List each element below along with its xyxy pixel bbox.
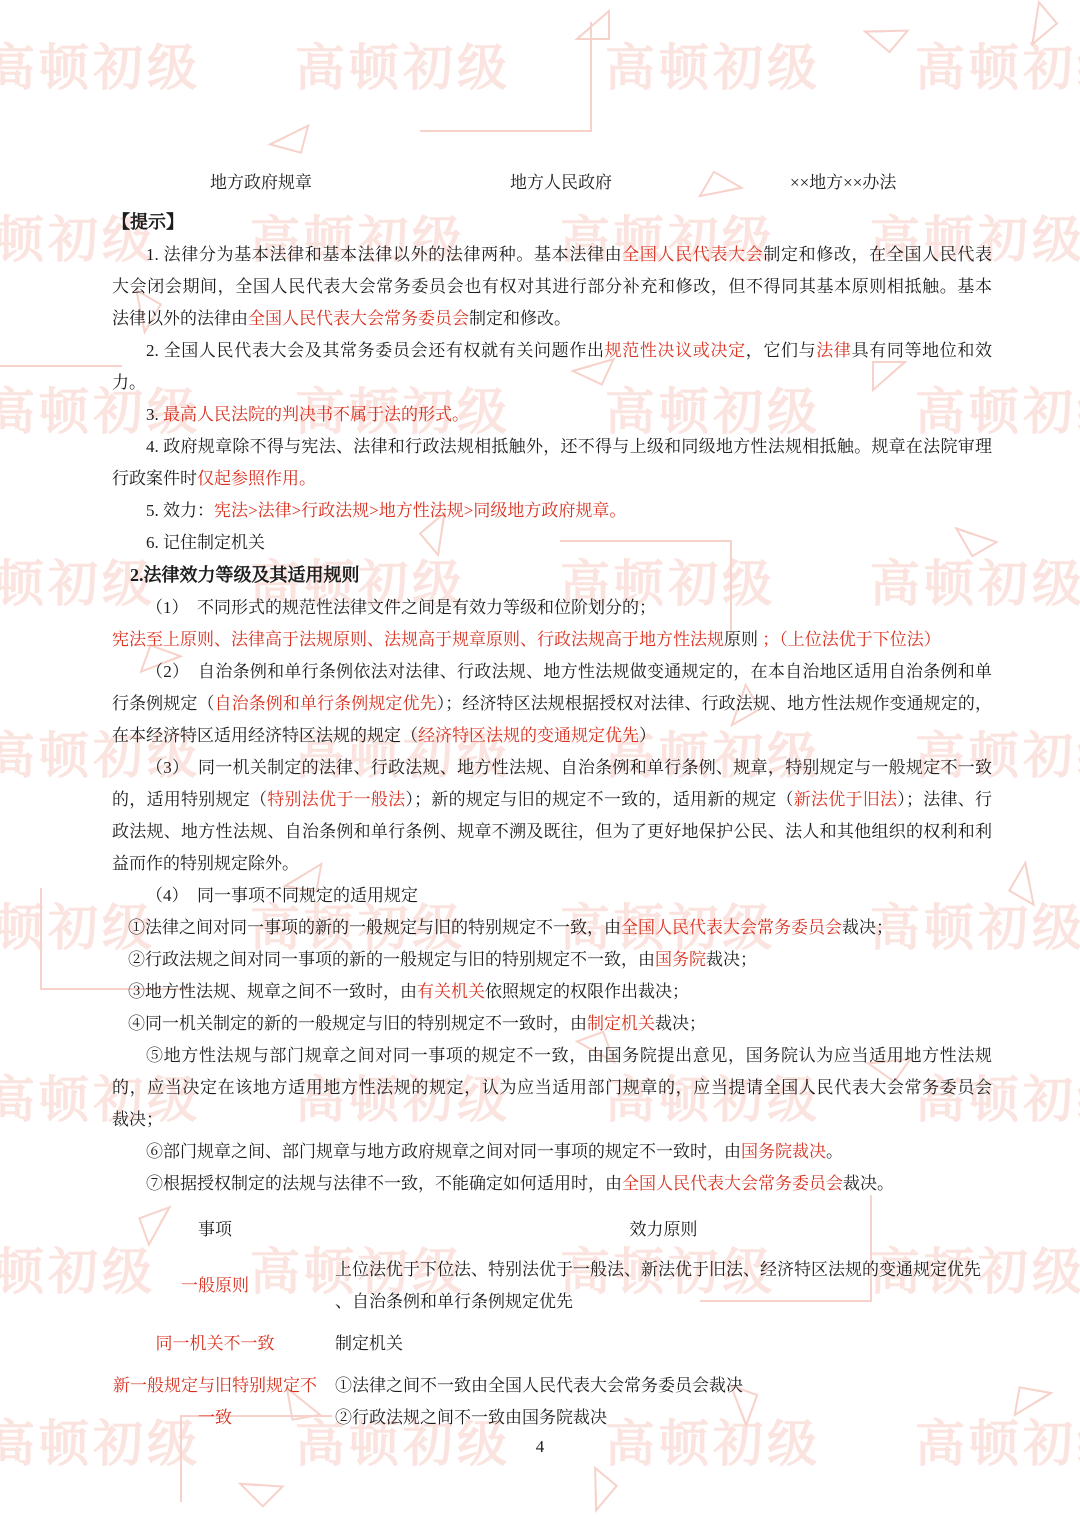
body-text: （4） 同一事项不同规定的适用规定: [146, 886, 418, 905]
red-emphasis-text: 国务院裁决: [741, 1142, 826, 1161]
red-emphasis-text: 新法优于旧法: [794, 790, 898, 809]
ruling-case-3: ③地方性法规、规章之间不一致时，由有关机关依照规定的权限作出裁决；: [112, 976, 992, 1008]
body-text: 6. 记住制定机关: [146, 533, 265, 552]
table-continuation-row: 地方政府规章 地方人民政府 ××地方××办法: [112, 164, 992, 206]
red-emphasis-text: 全国人民代表大会常务委员会: [622, 1174, 843, 1193]
body-text: ①法律之间对同一事项的新的一般规定与旧的特别规定不一致，由: [128, 918, 621, 937]
red-emphasis-text: 国务院: [655, 950, 706, 969]
principle-red-line: 宪法至上原则、法律高于法规原则、法规高于规章原则、行政法规高于地方性法规原则 ；…: [112, 624, 992, 656]
body-text: 原则: [724, 630, 762, 649]
body-text: 1. 法律分为基本法律和基本法律以外的法律两种。基本法律由: [146, 245, 622, 264]
red-emphasis-text: 仅起参照作用。: [197, 469, 316, 488]
watermark-triangle-icon: [1005, 0, 1067, 55]
tip-item-4: 4. 政府规章除不得与宪法、法律和行政法规相抵触外，还不得与上级和同级地方性法规…: [112, 431, 992, 495]
principle-line: ②行政法规之间不一致由国务院裁决: [335, 1402, 992, 1434]
body-text: 2.法律效力等级及其适用规则: [130, 565, 360, 585]
principle-line: 上位法优于下位法、特别法优于一般法、新法优于旧法、经济特区法规的变通规定优先: [335, 1254, 992, 1286]
table-row: 同一机关不一致 制定机关: [112, 1328, 992, 1360]
rule-item-4: （4） 同一事项不同规定的适用规定: [112, 880, 992, 912]
body-text: 制定和修改。: [469, 309, 571, 328]
body-text: ⑥部门规章之间、部门规章与地方政府规章之间对同一事项的规定不一致时，由: [146, 1142, 741, 1161]
watermark-triangle-icon: [855, 0, 917, 63]
red-emphasis-text: 宪法至上原则、法律高于法规原则、法规高于规章原则、行政法规高于地方性法规: [112, 630, 724, 649]
watermark-text: 高顿初级: [0, 28, 201, 100]
body-text: ）；新的规定与旧的规定不一致的，适用新的规定（: [405, 790, 793, 809]
body-text: 。: [826, 1142, 843, 1161]
body-text: ②行政法规之间对同一事项的新的一般规定与旧的特别规定不一致，由: [128, 950, 655, 969]
body-text: ④同一机关制定的新的一般规定与旧的特别规定不一致时，由: [128, 1014, 587, 1033]
tip-item-2: 2. 全国人民代表大会及其常务委员会还有权就有关问题作出规范性决议或决定，它们与…: [112, 335, 992, 399]
table-row: 新一般规定与旧特别规定不一致 ①法律之间不一致由全国人民代表大会常务委员会裁决 …: [112, 1370, 992, 1434]
watermark-text: 高顿初级: [605, 28, 821, 100]
table-cell-item: 新一般规定与旧特别规定不一致: [112, 1370, 318, 1434]
ruling-case-7: ⑦根据授权制定的法规与法律不一致，不能确定如何适用时，由全国人民代表大会常务委员…: [112, 1168, 992, 1200]
body-text: 裁决；: [655, 1014, 706, 1033]
table-cell-principle: 上位法优于下位法、特别法优于一般法、新法优于旧法、经济特区法规的变通规定优先 、…: [335, 1254, 992, 1318]
body-text: 裁决；: [842, 918, 893, 937]
red-emphasis-text: 最高人民法院的判决书不属于法的形式。: [163, 405, 469, 424]
ruling-case-5: ⑤地方性法规与部门规章之间对同一事项的规定不一致，由国务院提出意见，国务院认为应…: [112, 1040, 992, 1136]
ruling-case-4: ④同一机关制定的新的一般规定与旧的特别规定不一致时，由制定机关裁决；: [112, 1008, 992, 1040]
red-emphasis-text: 自治条例和单行条例规定优先: [215, 694, 437, 713]
table-header-row: 事项 效力原则: [112, 1214, 992, 1246]
red-emphasis-text: 全国人民代表大会常务委员会: [621, 918, 842, 937]
table-header-principle: 效力原则: [335, 1214, 992, 1246]
page-number: 4: [0, 1437, 1080, 1457]
table-header-item: 事项: [112, 1214, 318, 1246]
watermark-triangle-icon: [998, 854, 1060, 914]
watermark-triangle-icon: [230, 1454, 293, 1517]
red-emphasis-text: 全国人民代表大会: [622, 245, 763, 264]
tip-item-6: 6. 记住制定机关: [112, 527, 992, 559]
red-emphasis-text: 有关机关: [417, 982, 485, 1001]
table-cell-item: 一般原则: [112, 1270, 318, 1302]
document-page: 高顿初级高顿初级高顿初级高顿初级高顿初级高顿初级高顿初级高顿初级高顿初级高顿初级…: [0, 0, 1080, 1526]
table-row: 一般原则 上位法优于下位法、特别法优于一般法、新法优于旧法、经济特区法规的变通规…: [112, 1254, 992, 1318]
body-text: ，它们与: [746, 341, 817, 360]
ruling-case-2: ②行政法规之间对同一事项的新的一般规定与旧的特别规定不一致，由国务院裁决；: [112, 944, 992, 976]
tip-item-5: 5. 效力：宪法>法律>行政法规>地方性法规>同级地方政府规章。: [112, 495, 992, 527]
red-emphasis-text: 规范性决议或决定: [605, 341, 746, 360]
red-emphasis-text: 经济特区法规的变通规定优先: [418, 726, 639, 745]
tip-item-1: 1. 法律分为基本法律和基本法律以外的法律两种。基本法律由全国人民代表大会制定和…: [112, 239, 992, 335]
body-text: ③地方性法规、规章之间不一致时，由: [128, 982, 417, 1001]
rule-item-3: （3） 同一机关制定的法律、行政法规、地方性法规、自治条例和单行条例、规章，特别…: [112, 752, 992, 880]
table-cell-law-type: 地方政府规章: [210, 168, 312, 193]
section-heading: 2.法律效力等级及其适用规则: [112, 559, 992, 592]
watermark-triangle-icon: [564, 1458, 627, 1520]
principle-line: 、自治条例和单行条例规定优先: [335, 1286, 992, 1318]
body-text: （1） 不同形式的规范性法律文件之间是有效力等级和位阶划分的；: [146, 598, 656, 617]
rule-item-1: （1） 不同形式的规范性法律文件之间是有效力等级和位阶划分的；: [112, 592, 992, 624]
red-emphasis-text: 特别法优于一般法: [267, 790, 405, 809]
table-cell-item: 同一机关不一致: [112, 1328, 318, 1360]
body-text: 裁决。: [843, 1174, 894, 1193]
document-content: 地方政府规章 地方人民政府 ××地方××办法 【提示】 1. 法律分为基本法律和…: [112, 164, 992, 1444]
table-cell-issuer: 地方人民政府: [510, 168, 612, 193]
tip-item-3: 3. 最高人民法院的判决书不属于法的形式。: [112, 399, 992, 431]
watermark-triangle-icon: [572, 2, 614, 49]
red-emphasis-text: 法律: [816, 341, 851, 360]
body-text: ）: [639, 726, 656, 745]
watermark-triangle-icon: [1008, 1377, 1058, 1431]
red-emphasis-text: 宪法>法律>行政法规>地方性法规>同级地方政府规章。: [214, 501, 626, 520]
tips-heading: 【提示】: [112, 206, 992, 239]
watermark-frame-decoration: [0, 255, 122, 367]
body-text: 依照规定的权限作出裁决；: [485, 982, 689, 1001]
body-text: 【提示】: [112, 212, 184, 232]
body-text: ⑦根据授权制定的法规与法律不一致，不能确定如何适用时，由: [146, 1174, 622, 1193]
principle-line: 制定机关: [335, 1328, 992, 1360]
ruling-case-1: ①法律之间对同一事项的新的一般规定与旧的特别规定不一致，由全国人民代表大会常务委…: [112, 912, 992, 944]
watermark-text: 高顿初级: [295, 28, 511, 100]
red-emphasis-text: ；（上位法优于下位法）: [762, 630, 941, 649]
body-text: 2. 全国人民代表大会及其常务委员会还有权就有关问题作出: [146, 341, 605, 360]
red-emphasis-text: 制定机关: [587, 1014, 655, 1033]
watermark-frame-decoration: [420, 22, 592, 132]
watermark-triangle-icon: [263, 107, 316, 163]
rule-item-2: （2） 自治条例和单行条例依法对法律、行政法规、地方性法规做变通规定的，在本自治…: [112, 656, 992, 752]
watermark-text: 高顿初级: [915, 28, 1080, 100]
body-text: 裁决；: [706, 950, 757, 969]
body-text: ⑤地方性法规与部门规章之间对同一事项的规定不一致，由国务院提出意见，国务院认为应…: [112, 1046, 1026, 1129]
table-cell-example: ××地方××办法: [790, 168, 896, 193]
effectiveness-table: 事项 效力原则 一般原则 上位法优于下位法、特别法优于一般法、新法优于旧法、经济…: [112, 1214, 992, 1434]
ruling-case-6: ⑥部门规章之间、部门规章与地方政府规章之间对同一事项的规定不一致时，由国务院裁决…: [112, 1136, 992, 1168]
body-text: 3.: [146, 405, 163, 424]
table-cell-principle: ①法律之间不一致由全国人民代表大会常务委员会裁决 ②行政法规之间不一致由国务院裁…: [335, 1370, 992, 1434]
principle-line: ①法律之间不一致由全国人民代表大会常务委员会裁决: [335, 1370, 992, 1402]
table-cell-principle: 制定机关: [335, 1328, 992, 1360]
body-text: 5. 效力：: [146, 501, 214, 520]
red-emphasis-text: 全国人民代表大会常务委员会: [248, 309, 469, 328]
